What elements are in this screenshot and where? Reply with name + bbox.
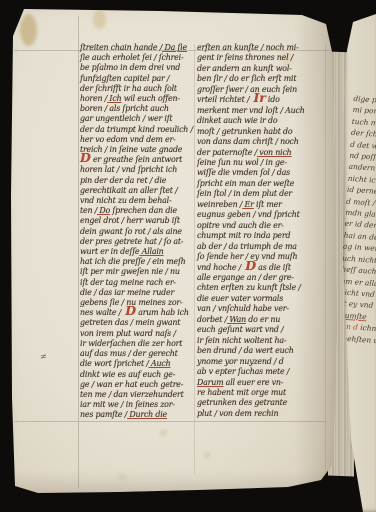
text-segment: Er (242, 200, 253, 209)
text-line: ten me / dan vierzehundert (80, 390, 192, 400)
text-segment: all euer ere vn- (223, 378, 283, 387)
ruling-line-left-margin (78, 16, 79, 488)
text-segment: weinreben / (197, 200, 242, 209)
text-segment: Allain (139, 247, 163, 256)
text-line: ten / Do ſprechen dan die (80, 206, 192, 216)
rubricated-initial: D (241, 258, 256, 273)
stain (20, 14, 37, 46)
text-segment: wurt er in deſſe (80, 247, 139, 256)
text-segment: treich / in ſeine vate gnade (80, 145, 182, 154)
text-segment: horen lat / vnd ſpricht ich (80, 165, 177, 174)
text-segment: ben ſir / do er ſich erſt mit (197, 74, 296, 83)
text-segment: Durch die (127, 410, 167, 419)
text-segment: getreten das / mein gwant (80, 318, 180, 327)
text-line: gebens ſie / nu meines zor- (80, 298, 192, 308)
text-segment: arum hab ich (136, 308, 189, 317)
text-segment: engel drot / herr warub iſt (80, 216, 180, 225)
text-line: getreten das / mein gwant (80, 318, 192, 328)
text-segment: ir widerſachen die zer hort (80, 339, 182, 348)
text-line: ir widerſachen die zer hort (80, 339, 192, 349)
text-segment: die wort ſprichet / (80, 359, 149, 368)
text-segment: ido (266, 95, 280, 104)
text-segment: getrunken des getrante (197, 398, 287, 407)
text-line: gar ungentleich / wer iſt (80, 114, 192, 124)
text-line: horen lat / vnd ſpricht ich (80, 165, 192, 175)
text-line: gerechtikait an aller ſtet / (80, 186, 192, 196)
text-segment: der ſchrifft ir ha auch ſolt (80, 84, 177, 93)
text-segment: boren / als ſpricht auch (80, 104, 169, 113)
text-segment: gar ungentleich / wer iſt (80, 114, 172, 123)
text-segment: der paternoſte / (197, 148, 257, 157)
text-segment: be pſalmo in dem drei vnd (80, 63, 180, 72)
text-segment: dein gwant ſo rot / als aine (80, 227, 182, 236)
text-segment: ab v epter ſuchas mete / (197, 367, 289, 376)
text-segment: von dans dam chriſt / noch (197, 137, 299, 146)
text-segment: ſpricht ein man der weſte (197, 179, 294, 188)
text-segment: re habent mit orge mut (197, 388, 286, 397)
text-segment: Ich (107, 94, 121, 103)
text-line: iſt der tag meine rach er- (80, 278, 192, 288)
text-line: engel drot / herr warub iſt (80, 216, 192, 226)
text-segment: dinkt wie es auf euch ge- (80, 370, 175, 379)
text-line: der pres getrete hat / ſo at- (80, 237, 192, 247)
text-segment: iar mit we / in ſeines zor- (80, 400, 175, 409)
text-segment: plut / von dem rechin (197, 409, 278, 418)
text-segment: von irem plut ward naſs / (80, 329, 176, 338)
text-segment: ten me / dan vierzehundert (80, 390, 184, 399)
text-line: von irem plut ward naſs / (80, 329, 192, 339)
text-segment: ſeine ſun nu wol / in ge- (197, 158, 287, 167)
text-segment: auf das mus / der gerecht (80, 349, 178, 358)
text-line: nes pamſte / Durch die (80, 410, 192, 420)
stain (204, 452, 210, 458)
text-line: nes walte / D arum hab ich (80, 308, 192, 318)
text-line: horen / Ich wil euch offen- (80, 94, 192, 104)
text-line: ſtreiten chain hande / Da ſie (80, 43, 192, 53)
text-segment: merkent mer vnd loſt / Auch (197, 106, 305, 115)
text-segment: ab der / da triumph de ma (197, 242, 297, 251)
text-segment: funfzigſten capitel par / (80, 74, 169, 83)
text-line: die wort ſprichet / Auch (80, 359, 192, 369)
text-segment: gent ir ſeins thrones nel / (197, 53, 293, 62)
text-line: vnd nicht zu dem behal- (80, 196, 192, 206)
manuscript-page: ≠ ſtreiten chain hande / Da ſieſie auch … (0, 0, 340, 500)
text-segment: chten erſten zu kunft ſtsle / (197, 283, 301, 292)
text-segment: horen / (80, 94, 107, 103)
text-segment: her vo edom vnd dem er- (80, 135, 176, 144)
text-segment: hat ich die preſſe / ein meſh (80, 257, 186, 266)
text-line: D er greathe ſein antwort (80, 155, 192, 165)
page-bottom-shading (0, 470, 340, 500)
text-line: der ſchrifft ir ha auch ſolt (80, 84, 192, 94)
stain (160, 430, 167, 436)
text-segment: Do (97, 206, 110, 215)
manuscript-photo: { "document": { "kind": "medieval-manusc… (0, 0, 376, 512)
text-segment: die euer vater vormals (197, 294, 283, 303)
text-segment: Wan (227, 315, 246, 324)
text-line: dinkt wie es auf euch ge- (80, 370, 192, 380)
stain (93, 10, 106, 29)
text-line: dein gwant ſo rot / als aine (80, 227, 192, 237)
text-line: be pſalmo in dem drei vnd (80, 63, 192, 73)
text-segment: der da triumpt kind roeulich / (80, 125, 193, 134)
text-segment: ynome yor nuyzend / d (197, 357, 284, 366)
text-segment: ichn do (358, 323, 376, 334)
text-line: wurt er in deſſe Allain (80, 247, 192, 257)
text-segment: der pres getrete hat / ſo at- (80, 237, 183, 246)
text-column-left: ſtreiten chain hande / Da ſieſie auch er… (80, 43, 192, 421)
text-segment: Auch (149, 359, 171, 368)
text-segment: alle ergange an / der gre- (197, 273, 294, 282)
text-segment: do er nu (246, 315, 280, 324)
text-segment: ten / (80, 206, 97, 215)
text-line: treich / in ſeine vate gnade (80, 145, 192, 155)
text-segment: opitre vnd auch die er- (197, 221, 284, 230)
text-segment: der andern an kunſt wol- (197, 64, 292, 73)
text-segment: ge / wan er hat euch getre- (80, 380, 183, 389)
text-segment: ir ſein nicht woltent ha- (197, 336, 286, 345)
text-segment: vrteil richtet / (197, 95, 249, 104)
text-segment: vnd hoche / (197, 263, 241, 272)
text-segment: dige plut (353, 94, 376, 105)
ruling-line-gutter (194, 44, 195, 474)
text-segment: mi porbel (352, 105, 376, 116)
text-segment: groſſer ſwer / an euch ſein (197, 85, 297, 94)
text-segment: ſie auch erholet ſei / ſchrei- (80, 53, 183, 62)
text-line: hat ich die preſſe / ein meſh (80, 257, 192, 267)
text-line: her vo edom vnd dem er- (80, 135, 192, 145)
rubricated-initial: D (121, 303, 136, 318)
text-segment: iſt per mir gweſen nie / nu (80, 267, 180, 276)
text-segment: wil euch offen- (121, 94, 179, 103)
text-segment: Darum (197, 378, 223, 387)
text-segment: as die iſt (256, 263, 291, 272)
text-segment: erſten an kunſte / noch mi- (197, 43, 299, 52)
marginal-mark: ≠ (40, 352, 47, 361)
text-segment: iſt der tag meine rach er- (80, 278, 176, 287)
text-segment: van / vnſchuld habe ver- (197, 304, 289, 313)
text-line: boren / als ſpricht auch (80, 104, 192, 114)
text-line: iar mit we / in ſeines zor- (80, 400, 192, 410)
rubricated-initial: D (80, 150, 91, 165)
text-segment: ben drund / da wert euch (197, 346, 294, 355)
text-segment: ſein ſtol / in dem plut der (197, 189, 292, 198)
text-segment: nes walte / (80, 308, 121, 317)
text-line: der da triumpt kind roeulich / (80, 125, 192, 135)
text-segment: eugnus geben / vnd ſpricht (197, 210, 300, 219)
text-segment: nes pamſte / (80, 410, 127, 419)
text-segment: wiſſe die vmden ſol / das (197, 168, 290, 177)
rubricated-initial: Ir (249, 90, 265, 105)
text-segment: pin der der da ret / die (80, 176, 166, 185)
text-segment: dorbet / (197, 315, 227, 324)
text-segment: er greathe ſein antwort (91, 155, 182, 164)
text-segment: ſtreiten chain hande / (80, 43, 162, 52)
text-segment: gerechtikait an aller ſtet / (80, 186, 178, 195)
text-segment: euch geſunt wart vnd / (197, 325, 284, 334)
text-line: auf das mus / der gerecht (80, 349, 192, 359)
text-segment: Da ſie (162, 43, 187, 52)
text-segment: die / das iar meine ruder (80, 288, 174, 297)
ruling-line-bottom (14, 421, 326, 422)
text-line: iſt per mir gweſen nie / nu (80, 267, 192, 277)
text-segment: vnd nicht zu dem behal- (80, 196, 171, 205)
text-segment: iſt mer (254, 200, 282, 209)
text-line: ſie auch erholet ſei / ſchrei- (80, 53, 192, 63)
text-segment: moſt / getrunken habt do (197, 127, 292, 136)
text-segment: von nich (257, 148, 292, 157)
text-line: ge / wan er hat euch getre- (80, 380, 192, 390)
text-segment: ſprechen dan die (110, 206, 177, 215)
text-segment: chumpt mit ro inda perd (197, 231, 290, 240)
text-segment: dinket auch wie ir do (197, 116, 277, 125)
text-line: pin der der da ret / die (80, 176, 192, 186)
text-line: funfzigſten capitel par / (80, 74, 192, 84)
text-line: die / das iar meine ruder (80, 288, 192, 298)
